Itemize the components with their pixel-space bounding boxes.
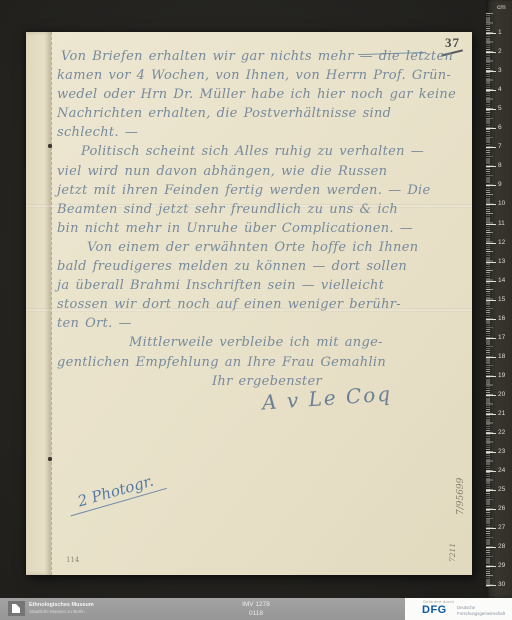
letter-line: jetzt mit ihren Feinden fertig werden we… — [57, 181, 463, 200]
ruler-cm-tick — [486, 452, 496, 453]
ruler-cm-tick — [486, 509, 496, 510]
ruler-cm-number: 16 — [498, 315, 505, 322]
ruler-cm-tick — [486, 185, 496, 186]
closing-line: Ihr ergebenster — [57, 372, 463, 391]
ruler-cm-tick — [486, 243, 496, 244]
ruler-cm-tick — [486, 52, 496, 53]
ruler-cm-tick — [486, 547, 496, 548]
letter-text: Von Briefen erhalten wir gar nichts mehr… — [57, 47, 463, 391]
ruler-cm-number: 11 — [498, 220, 505, 227]
ruler-cm-number: 24 — [498, 467, 505, 474]
ruler-cm-tick — [486, 376, 496, 377]
letter-sheet: 37 Von Briefen erhalten wir gar nichts m… — [26, 32, 472, 575]
dfg-full-name: Deutsche Forschungsgemeinschaft — [457, 605, 505, 616]
ruler-cm-tick — [486, 357, 496, 358]
archival-mark-vertical: 7/95699 — [456, 478, 466, 515]
letter-line: ja überall Brahmi Inschriften sein — vie… — [57, 276, 463, 295]
ruler-cm-number: 12 — [498, 239, 505, 246]
ruler-cm-number: 21 — [498, 410, 505, 417]
ruler-cm-tick — [486, 71, 496, 72]
ruler-cm-number: 28 — [498, 543, 505, 550]
letter-line: Von Briefen erhalten wir gar nichts mehr… — [57, 47, 463, 66]
ruler-cm-number: 1 — [498, 29, 502, 36]
ruler-cm-tick — [486, 338, 496, 339]
ruler-cm-number: 18 — [498, 353, 505, 360]
ruler-cm-number: 8 — [498, 162, 502, 169]
letter-line: Politisch scheint sich Alles ruhig zu ve… — [57, 142, 463, 161]
ruler-cm-number: 23 — [498, 448, 505, 455]
letter-line: bald freudigeres melden zu können — dort… — [57, 257, 463, 276]
ruler-cm-number: 5 — [498, 105, 502, 112]
letter-line: ten Ort. — — [57, 314, 463, 333]
ruler-cm-tick — [486, 490, 496, 491]
ruler-cm-number: 7 — [498, 143, 502, 150]
ruler-cm-number: 29 — [498, 562, 505, 569]
viewer-footer-bar: Ethnologisches Museum Staatliche Museen … — [0, 598, 512, 620]
letter-line: Beamten sind jetzt sehr freundlich zu un… — [57, 200, 463, 219]
letter-line: Von einem der erwähnten Orte hoffe ich I… — [57, 238, 463, 257]
ruler-cm-tick — [486, 471, 496, 472]
archival-mark-vertical: 7211 — [448, 543, 457, 562]
ruler-cm-tick — [486, 262, 496, 263]
cm-ruler: cm 1234567891011121314151617181920212223… — [486, 0, 512, 598]
ruler-cm-number: 25 — [498, 486, 505, 493]
ruler-cm-tick — [486, 433, 496, 434]
ruler-cm-tick — [486, 128, 496, 129]
punch-hole — [48, 144, 52, 148]
letter-line: bin nicht mehr in Unruhe über Complicati… — [57, 219, 463, 238]
ruler-cm-number: 20 — [498, 391, 505, 398]
ruler-cm-tick — [486, 109, 496, 110]
letter-line: viel wird nun davon abhängen, wie die Ru… — [57, 162, 463, 181]
ruler-cm-tick — [486, 204, 496, 205]
punch-hole — [48, 457, 52, 461]
binding-edge — [26, 32, 52, 575]
ruler-cm-tick — [486, 414, 496, 415]
ruler-cm-tick — [486, 585, 496, 586]
ruler-cm-number: 27 — [498, 524, 505, 531]
ruler-cm-tick — [486, 300, 496, 301]
dfg-abbreviation: DFG — [422, 604, 447, 616]
ruler-cm-tick — [486, 33, 496, 34]
sheet-number-annotation: 114 — [66, 556, 79, 564]
ruler-cm-number: 15 — [498, 296, 505, 303]
ruler-cm-tick — [486, 319, 496, 320]
ruler-cm-number: 9 — [498, 181, 502, 188]
ruler-cm-number: 22 — [498, 429, 505, 436]
ruler-cm-number: 6 — [498, 124, 502, 131]
ruler-cm-tick — [486, 528, 496, 529]
dfg-logo: Gefördert durch DFG Deutsche Forschungsg… — [405, 598, 512, 620]
letter-line: stossen wir dort noch auf einen weniger … — [57, 295, 463, 314]
ruler-cm-tick — [486, 395, 496, 396]
ruler-cm-number: 10 — [498, 200, 505, 207]
ruler-cm-tick — [486, 281, 496, 282]
closing-line: Mittlerweile verbleibe ich mit ange- — [57, 333, 463, 352]
ruler-cm-number: 19 — [498, 372, 505, 379]
closing-line: gentlichen Empfehlung an Ihre Frau Gemah… — [57, 353, 463, 372]
ruler-cm-tick — [486, 224, 496, 225]
ruler-cm-number: 30 — [498, 581, 505, 588]
ruler-cm-number: 3 — [498, 67, 502, 74]
ruler-cm-tick — [486, 566, 496, 567]
ruler-unit-label: cm — [497, 4, 506, 11]
ruler-cm-tick — [486, 147, 496, 148]
ruler-cm-tick — [486, 90, 496, 91]
scanned-letter-page: 37 Von Briefen erhalten wir gar nichts m… — [0, 0, 512, 620]
letter-line: schlecht. — — [57, 123, 463, 142]
letter-line: kamen vor 4 Wochen, von Ihnen, von Herrn… — [57, 66, 463, 85]
letter-line: Nachrichten erhalten, die Postverhältnis… — [57, 104, 463, 123]
ruler-cm-number: 4 — [498, 86, 502, 93]
photo-count-annotation: 2 Photogr. — [65, 469, 167, 517]
ruler-cm-number: 13 — [498, 258, 505, 265]
ruler-cm-number: 2 — [498, 48, 502, 55]
ruler-cm-tick — [486, 166, 496, 167]
ruler-cm-number: 17 — [498, 334, 505, 341]
ruler-cm-number: 26 — [498, 505, 505, 512]
letter-line: wedel oder Hrn Dr. Müller habe ich hier … — [57, 85, 463, 104]
ruler-cm-number: 14 — [498, 277, 505, 284]
